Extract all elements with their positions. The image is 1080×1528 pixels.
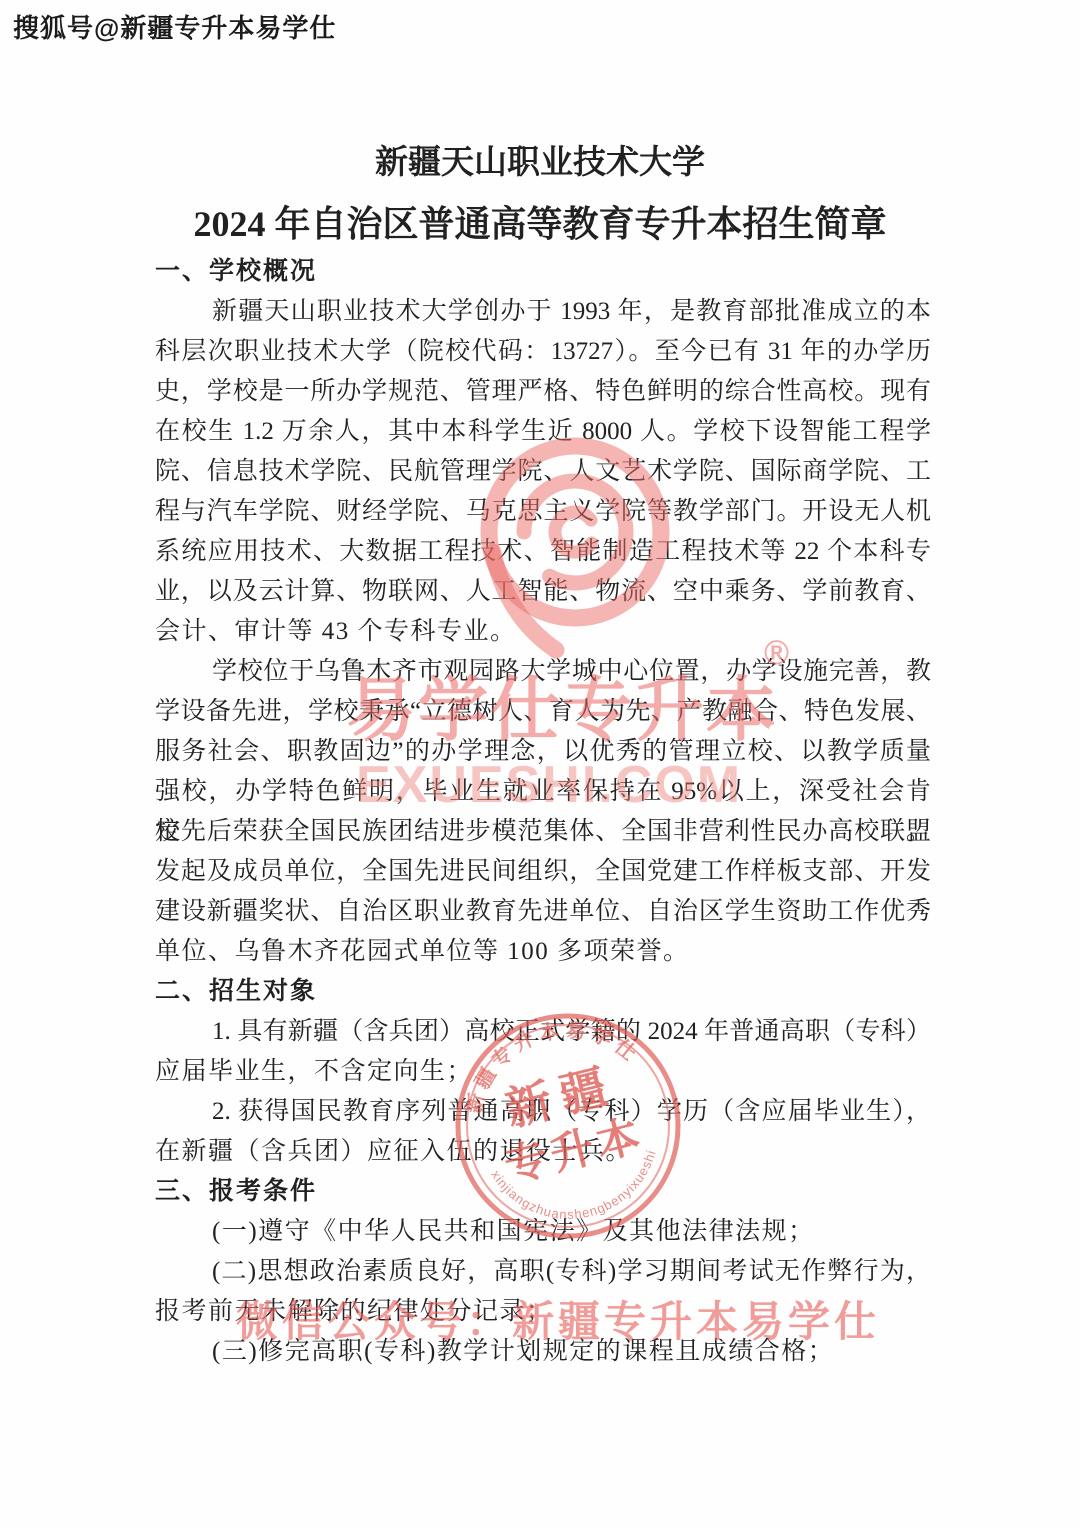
body-line: 校先后荣获全国民族团结进步模范集体、全国非营利性民办高校联盟 [155, 812, 931, 852]
body-line: (二)思想政治素质良好，高职(专科)学习期间考试无作弊行为， [155, 1252, 931, 1292]
sohu-source-label: 搜狐号@新疆专升本易学仕 [13, 8, 336, 45]
document-page: 搜狐号@新疆专升本易学仕 新疆天山职业技术大学 2024 年自治区普通高等教育专… [0, 0, 1080, 1528]
body-line: 发起及成员单位，全国先进民间组织，全国党建工作样板支部、开发 [155, 852, 931, 892]
body-line: 报考前无未解除的纪律处分记录； [155, 1292, 931, 1332]
body-line: 单位、乌鲁木齐花园式单位等 100 多项荣誉。 [155, 932, 931, 972]
body-line: 史，学校是一所办学规范、管理严格、特色鲜明的综合性高校。现有 [155, 372, 931, 412]
body-line: 业，以及云计算、物联网、人工智能、物流、空中乘务、学前教育、 [155, 572, 931, 612]
body-line: 建设新疆奖状、自治区职业教育先进单位、自治区学生资助工作优秀 [155, 892, 931, 932]
body-line: 科层次职业技术大学（院校代码：13727）。至今已有 31 年的办学历 [155, 332, 931, 372]
body-line: 会计、审计等 43 个专科专业。 [155, 612, 931, 652]
body-line: 应届毕业生，不含定向生； [155, 1052, 931, 1092]
body-line: 院、信息技术学院、民航管理学院、人文艺术学院、国际商学院、工 [155, 452, 931, 492]
body-line: 系统应用技术、大数据工程技术、智能制造工程技术等 22 个本科专 [155, 532, 931, 572]
doc-title: 新疆天山职业技术大学 [0, 140, 1080, 186]
body-line: 服务社会、职教固边”的办学理念，以优秀的管理立校、以教学质量 [155, 732, 931, 772]
body-line: 学设备先进，学校秉承“立德树人、育人为先、产教融合、特色发展、 [155, 692, 931, 732]
body-line: 新疆天山职业技术大学创办于 1993 年，是教育部批准成立的本 [155, 292, 931, 332]
body-line: 1. 具有新疆（含兵团）高校正式学籍的 2024 年普通高职（专科） [155, 1012, 931, 1052]
body-line: 强校，办学特色鲜明，毕业生就业率保持在 95%以上，深受社会肯定。 [155, 772, 931, 812]
body-line: 程与汽车学院、财经学院、马克思主义学院等教学部门。开设无人机 [155, 492, 931, 532]
doc-subtitle: 2024 年自治区普通高等教育专升本招生简章 [0, 200, 1080, 248]
body-line: (一)遵守《中华人民共和国宪法》及其他法律法规； [155, 1212, 931, 1252]
section-heading: 二、招生对象 [155, 972, 931, 1012]
body-line: (三)修完高职(专科)教学计划规定的课程且成绩合格； [155, 1332, 931, 1372]
section-heading: 一、学校概况 [155, 252, 931, 292]
body-line: 在校生 1.2 万余人，其中本科学生近 8000 人。学校下设智能工程学 [155, 412, 931, 452]
document-body: 一、学校概况 新疆天山职业技术大学创办于 1993 年，是教育部批准成立的本 科… [155, 252, 931, 1372]
body-line: 学校位于乌鲁木齐市观园路大学城中心位置，办学设施完善，教 [155, 652, 931, 692]
body-line: 2. 获得国民教育序列普通高职（专科）学历（含应届毕业生）， [155, 1092, 931, 1132]
body-line: 在新疆（含兵团）应征入伍的退役士兵。 [155, 1132, 931, 1172]
section-heading: 三、报考条件 [155, 1172, 931, 1212]
